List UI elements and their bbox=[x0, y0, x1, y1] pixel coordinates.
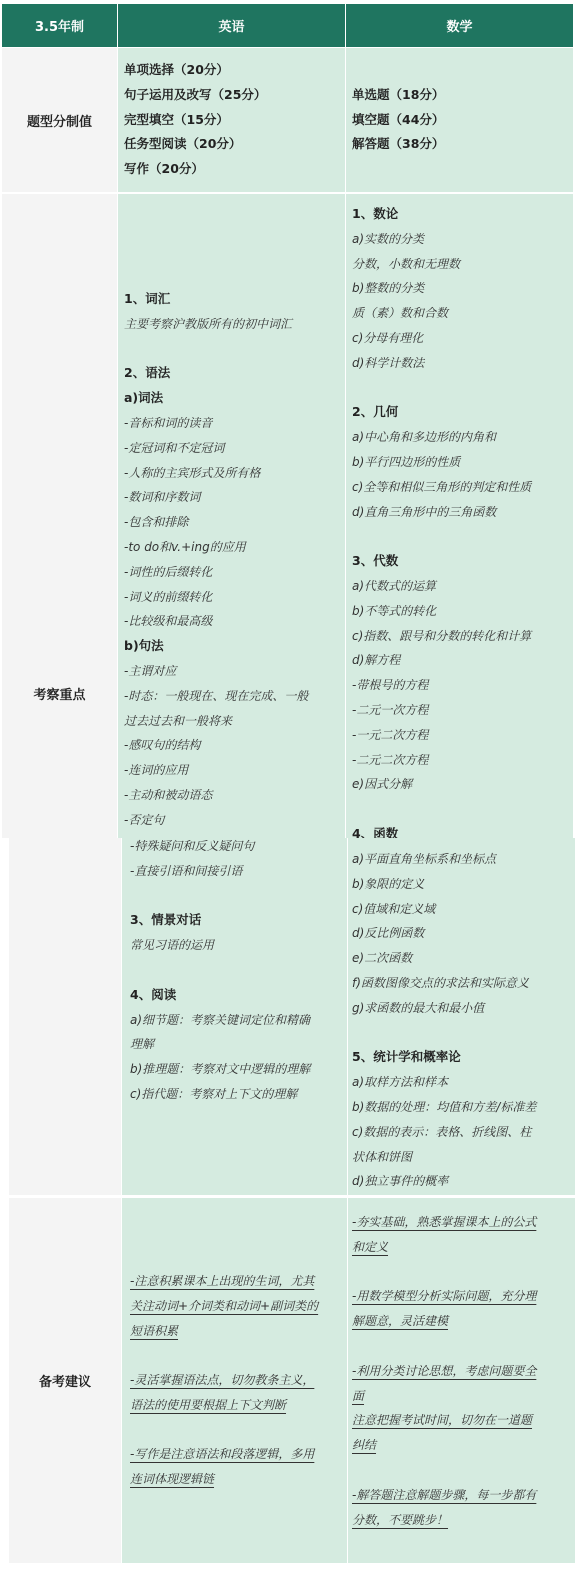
header-program-label: 3.5年制 bbox=[35, 16, 84, 35]
focus-math-cell-continued: a)平面直角坐标系和坐标点 b)象限的定义 c)值域和定义域 d)反比例函数 e… bbox=[348, 838, 575, 1195]
focus-item: e)二次函数 bbox=[352, 946, 575, 971]
focus-item: 质（素）数和合数 bbox=[352, 301, 573, 326]
focus-item: b)推理题：考察对文中逻辑的理解 bbox=[130, 1057, 347, 1082]
scores-english-cell: 单项选择（20分） 句子运用及改写（25分） 完型填空（15分） 任务型阅读（2… bbox=[118, 48, 345, 192]
focus-english-cell-continued: -特殊疑问和反义疑问句 -直接引语和间接引语 3、情景对话 常见习语的运用 4、… bbox=[122, 838, 347, 1195]
score-item: 任务型阅读（20分） bbox=[124, 132, 345, 157]
focus-item: -定冠词和不定冠词 bbox=[124, 436, 345, 461]
focus-item: -人称的主宾形式及所有格 bbox=[124, 461, 345, 486]
focus-item: -二元二次方程 bbox=[352, 748, 573, 773]
focus-item: d)解方程 bbox=[352, 648, 573, 673]
scores-math-cell: 单选题（18分） 填空题（44分） 解答题（38分） bbox=[346, 48, 573, 192]
focus-item: f)函数图像交点的求法和实际意义 bbox=[352, 971, 575, 996]
focus-item: -数词和序数词 bbox=[124, 485, 345, 510]
advice-item: 语法的使用要根据上下文判断 bbox=[130, 1393, 347, 1418]
focus-item: c)值域和定义域 bbox=[352, 897, 575, 922]
focus-item: 过去过去和一般将来 bbox=[124, 709, 345, 734]
focus-item: a)实数的分类 bbox=[352, 227, 573, 252]
focus-item: c)分母有理化 bbox=[352, 326, 573, 351]
header-english-label: 英语 bbox=[218, 16, 244, 35]
focus-item: e)因式分解 bbox=[352, 772, 573, 797]
section-title: 5、统计学和概率论 bbox=[352, 1045, 575, 1070]
score-item: 单项选择（20分） bbox=[124, 58, 345, 83]
focus-item: a)取样方法和样本 bbox=[352, 1070, 575, 1095]
focus-item: c)数据的表示：表格、折线图、柱 bbox=[352, 1120, 575, 1145]
focus-item: a)细节题：考察关键词定位和精确 bbox=[130, 1008, 347, 1033]
focus-item: -感叹句的结构 bbox=[124, 733, 345, 758]
focus-item: a)中心角和多边形的内角和 bbox=[352, 425, 573, 450]
advice-item: -利用分类讨论思想，考虑问题要全 bbox=[352, 1359, 575, 1384]
focus-item: 状体和饼图 bbox=[352, 1145, 575, 1170]
score-item: 单选题（18分） bbox=[352, 83, 573, 108]
section-title: 1、词汇 bbox=[124, 287, 345, 312]
score-item: 句子运用及改写（25分） bbox=[124, 83, 345, 108]
focus-item: b)整数的分类 bbox=[352, 276, 573, 301]
focus-item: 常见习语的运用 bbox=[130, 933, 347, 958]
focus-item: c)全等和相似三角形的判定和性质 bbox=[352, 475, 573, 500]
advice-label: 备考建议 bbox=[39, 1371, 91, 1390]
advice-item: -写作是注意语法和段落逻辑，多用 bbox=[130, 1442, 347, 1467]
focus-item: b)平行四边形的性质 bbox=[352, 450, 573, 475]
advice-item: 和定义 bbox=[352, 1235, 575, 1260]
advice-item: 注意把握考试时间，切勿在一道题 bbox=[352, 1408, 575, 1433]
focus-item: -二元一次方程 bbox=[352, 698, 573, 723]
advice-item: 分数，不要跳步！ bbox=[352, 1508, 575, 1533]
advice-english-cell: -注意积累课本上出现的生词，尤其 关注动词+介词类和动词+副词类的 短语积累 -… bbox=[122, 1198, 347, 1563]
advice-item: 短语积累 bbox=[130, 1319, 347, 1344]
advice-item: 解题意，灵活建模 bbox=[352, 1309, 575, 1334]
focus-item: 主要考察沪教版所有的初中词汇 bbox=[124, 312, 345, 337]
section-title: 3、代数 bbox=[352, 549, 573, 574]
row-label-focus: 考察重点 bbox=[2, 194, 117, 838]
advice-math-cell: -夯实基础，熟悉掌握课本上的公式 和定义 -用数学模型分析实际问题，充分理 解题… bbox=[348, 1198, 575, 1563]
section-title: 2、语法 bbox=[124, 361, 345, 386]
focus-item: -词义的前缀转化 bbox=[124, 585, 345, 610]
focus-item: c)指数、跟号和分数的转化和计算 bbox=[352, 624, 573, 649]
focus-item: b)象限的定义 bbox=[352, 872, 575, 897]
scores-label: 题型分制值 bbox=[27, 111, 92, 130]
focus-item: -比较级和最高级 bbox=[124, 609, 345, 634]
header-cell-english: 英语 bbox=[118, 4, 345, 47]
focus-item: -时态：一般现在、现在完成、一般 bbox=[124, 684, 345, 709]
section-title: 2、几何 bbox=[352, 400, 573, 425]
focus-item: -直接引语和间接引语 bbox=[130, 859, 347, 884]
advice-item: 纠结 bbox=[352, 1433, 575, 1458]
focus-item: -to do和v.+ing的应用 bbox=[124, 535, 345, 560]
advice-item: -夯实基础，熟悉掌握课本上的公式 bbox=[352, 1210, 575, 1235]
advice-item: -注意积累课本上出现的生词，尤其 bbox=[130, 1269, 347, 1294]
focus-item: b)不等式的转化 bbox=[352, 599, 573, 624]
focus-item: -否定句 bbox=[124, 808, 345, 833]
focus-label: 考察重点 bbox=[33, 684, 85, 703]
row-label-focus-continued bbox=[9, 838, 121, 1195]
focus-item: -音标和词的读音 bbox=[124, 411, 345, 436]
focus-item: -主谓对应 bbox=[124, 659, 345, 684]
focus-item: b)数据的处理：均值和方差/标准差 bbox=[352, 1095, 575, 1120]
section-title: 4、阅读 bbox=[130, 983, 347, 1008]
row-label-advice: 备考建议 bbox=[9, 1198, 121, 1563]
focus-item: d)科学计数法 bbox=[352, 351, 573, 376]
focus-item: a)平面直角坐标系和坐标点 bbox=[352, 847, 575, 872]
focus-item: -词性的后缀转化 bbox=[124, 560, 345, 585]
focus-item: d)独立事件的概率 bbox=[352, 1169, 575, 1194]
score-item: 解答题（38分） bbox=[352, 132, 573, 157]
advice-item: -解答题注意解题步骤，每一步都有 bbox=[352, 1483, 575, 1508]
header-cell-program: 3.5年制 bbox=[2, 4, 117, 47]
subsection-title: a)词法 bbox=[124, 386, 345, 411]
focus-item: a)代数式的运算 bbox=[352, 574, 573, 599]
score-item: 完型填空（15分） bbox=[124, 108, 345, 133]
focus-english-cell: 1、词汇 主要考察沪教版所有的初中词汇 2、语法 a)词法 -音标和词的读音 -… bbox=[118, 194, 345, 838]
advice-item: -用数学模型分析实际问题，充分理 bbox=[352, 1284, 575, 1309]
focus-item: -包含和排除 bbox=[124, 510, 345, 535]
focus-item: 理解 bbox=[130, 1032, 347, 1057]
focus-item: g)求函数的最大和最小值 bbox=[352, 996, 575, 1021]
focus-item: -一元二次方程 bbox=[352, 723, 573, 748]
focus-item: c)指代题：考察对上下文的理解 bbox=[130, 1082, 347, 1107]
subsection-title: b)句法 bbox=[124, 634, 345, 659]
section-title: 3、情景对话 bbox=[130, 908, 347, 933]
advice-item: 面 bbox=[352, 1384, 575, 1409]
row-label-scores: 题型分制值 bbox=[2, 48, 117, 192]
advice-item: 连词体现逻辑链 bbox=[130, 1467, 347, 1492]
focus-item: -主动和被动语态 bbox=[124, 783, 345, 808]
advice-item: 关注动词+介词类和动词+副词类的 bbox=[130, 1294, 347, 1319]
score-item: 填空题（44分） bbox=[352, 108, 573, 133]
score-item: 写作（20分） bbox=[124, 157, 345, 182]
advice-item: -灵活掌握语法点，切勿教条主义， bbox=[130, 1368, 347, 1393]
focus-item: -连词的应用 bbox=[124, 758, 345, 783]
focus-item: d)反比例函数 bbox=[352, 921, 575, 946]
header-math-label: 数学 bbox=[446, 16, 472, 35]
focus-math-cell: 1、数论 a)实数的分类 分数，小数和无理数 b)整数的分类 质（素）数和合数 … bbox=[346, 194, 573, 838]
focus-item: -带根号的方程 bbox=[352, 673, 573, 698]
focus-item: -特殊疑问和反义疑问句 bbox=[130, 834, 347, 859]
focus-item: d)直角三角形中的三角函数 bbox=[352, 500, 573, 525]
focus-item: 分数，小数和无理数 bbox=[352, 252, 573, 277]
section-title: 1、数论 bbox=[352, 202, 573, 227]
header-cell-math: 数学 bbox=[346, 4, 573, 47]
